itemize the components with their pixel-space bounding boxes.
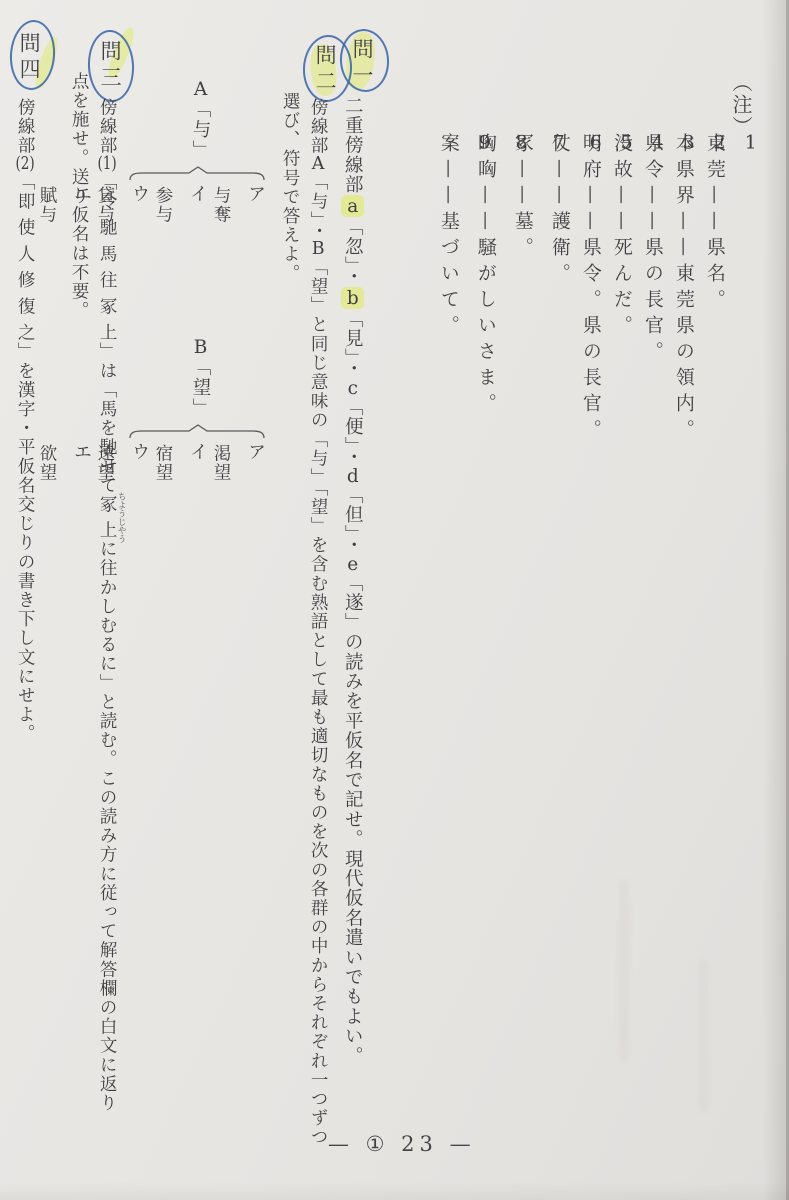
q1-mark-b: b — [341, 287, 364, 310]
q4-kanbun: 「即 使 人 修 復 之」 — [15, 173, 35, 362]
option-key: ア — [247, 444, 267, 482]
q3-kanbun: 「令 馳 馬 往 冢 上」 — [97, 173, 117, 362]
q1-mark-e: e — [342, 555, 363, 574]
group-letter: A — [190, 80, 211, 99]
q4-ref-number: (2) — [15, 155, 35, 173]
note-number: 3 — [677, 133, 699, 367]
option-word: 与奪 — [211, 186, 231, 224]
note-number: 7 — [547, 133, 569, 263]
option-group-B-head: B「望」 — [187, 338, 213, 418]
option-B-i: イ宿望 — [151, 444, 209, 482]
q2-mark-A: A — [308, 155, 328, 173]
option-word: 渇望 — [211, 444, 231, 482]
option-group-A-head: A「与」 — [187, 80, 213, 160]
q1-seg: 「便」・ — [342, 397, 363, 467]
option-brace — [127, 424, 267, 443]
q2-seg: 「望」と同じ意味の「与」「望」を含む熟語として最も適切なものを次の各群の中からそ… — [308, 258, 328, 1147]
option-B-e: エ欲望 — [35, 444, 93, 482]
question4-text: 傍線部(2)「即 使 人 修 復 之」を漢字・平仮名交じりの書き下し文にせよ。 — [15, 98, 35, 743]
bleedthrough-smudge — [700, 960, 707, 1110]
note-number: 9 — [473, 133, 495, 341]
option-A-a: ア与奪 — [209, 186, 267, 224]
note-text: 案——基づいて。 — [438, 133, 460, 341]
option-word: 欲望 — [37, 444, 57, 482]
question1-text: 二重傍線部a「忽」・b「見」・c「便」・d「但」・e「遂」の読みを平仮名で記せ。… — [342, 96, 363, 1066]
option-key: イ — [189, 444, 209, 482]
annotation-circle-q4 — [8, 19, 58, 92]
note-item-9: 9案——基づいて。 — [437, 133, 495, 341]
option-key: イ — [189, 186, 209, 224]
note-number: 6 — [584, 133, 606, 289]
q1-seg: 「遂」 — [342, 573, 363, 632]
q1-seg: 「忽」・ — [342, 217, 363, 287]
q2-seg: 傍線部 — [308, 98, 328, 155]
option-key: エ — [73, 444, 93, 482]
option-A-i: イ参与 — [151, 186, 209, 224]
group-term: 「望」 — [190, 357, 211, 419]
bleedthrough-smudge — [620, 880, 628, 1060]
q1-tail: の読みを平仮名で記せ。現代仮名遣いでもよい。 — [342, 632, 363, 1065]
q3-seg: に往かしむるに」と読む。この読み方に従って解答欄の白文に返り — [97, 540, 117, 1113]
group-term: 「与」 — [190, 99, 211, 161]
q3-ruby-text: ちようじやう — [116, 492, 126, 543]
question3-text-col1: 傍線部(1)「令 馳 馬 往 冢 上」は「馬を馳せて冢上ちようじやうに往かしむる… — [97, 98, 126, 1113]
q2-seg: 「与」・ — [308, 173, 328, 241]
q3-seg: は「馬を馳せて — [97, 361, 117, 495]
option-key: ウ — [131, 444, 151, 482]
q3-ruby: 冢上ちようじやう — [97, 495, 117, 540]
option-key: ア — [247, 186, 267, 224]
q1-seg: 「見」・ — [342, 309, 363, 379]
option-brace — [127, 166, 267, 185]
q1-intro: 二重傍線部 — [342, 96, 363, 195]
notes-header: （注） — [729, 72, 752, 138]
option-group-B-options: ア渇望 イ宿望 ウ遠望 エ欲望 — [127, 444, 267, 482]
question2-text-col2: 選び、符号で答えよ。 — [280, 92, 300, 283]
q1-mark-a: a — [341, 195, 364, 218]
q1-mark-d: d — [342, 467, 363, 486]
scanned-exam-page: （注） 1東莞——県名。 2本県界——東莞県の領内。 3県令——県の長官。 4没… — [0, 0, 789, 1200]
option-key: ウ — [131, 186, 151, 224]
q2-mark-B: B — [308, 240, 328, 258]
note-number: 2 — [708, 133, 730, 445]
q4-seg: を漢字・平仮名交じりの書き下し文にせよ。 — [15, 361, 35, 743]
page-number: — ① 23 — — [328, 1132, 476, 1156]
option-B-a: ア渇望 — [209, 444, 267, 482]
q3-ref-number: (1) — [97, 155, 117, 173]
option-word: 宿望 — [153, 444, 173, 482]
q1-mark-c: c — [342, 379, 363, 398]
note-number: 5 — [615, 133, 637, 445]
page-bottom-shadow — [0, 1182, 789, 1200]
q4-seg: 傍線部 — [15, 98, 35, 155]
q1-seg: 「但」・ — [342, 485, 363, 555]
option-group-A-options: ア与奪 イ参与 ウ貸与 エ賦与 — [127, 186, 267, 224]
note-number: 1 — [739, 133, 761, 315]
question3-text-col2: 点を施せ。送り仮名は不要。 — [69, 72, 89, 320]
group-letter: B — [190, 338, 211, 357]
q3-seg: 傍線部 — [97, 98, 117, 155]
note-number: 4 — [646, 133, 668, 341]
option-word: 賦与 — [37, 186, 57, 224]
question2-text-col1: 傍線部A「与」・B「望」と同じ意味の「与」「望」を含む熟語として最も適切なものを… — [308, 98, 328, 1147]
note-number: 8 — [510, 133, 532, 419]
q3-ruby-base: 冢上 — [97, 492, 117, 543]
option-word: 参与 — [153, 186, 173, 224]
